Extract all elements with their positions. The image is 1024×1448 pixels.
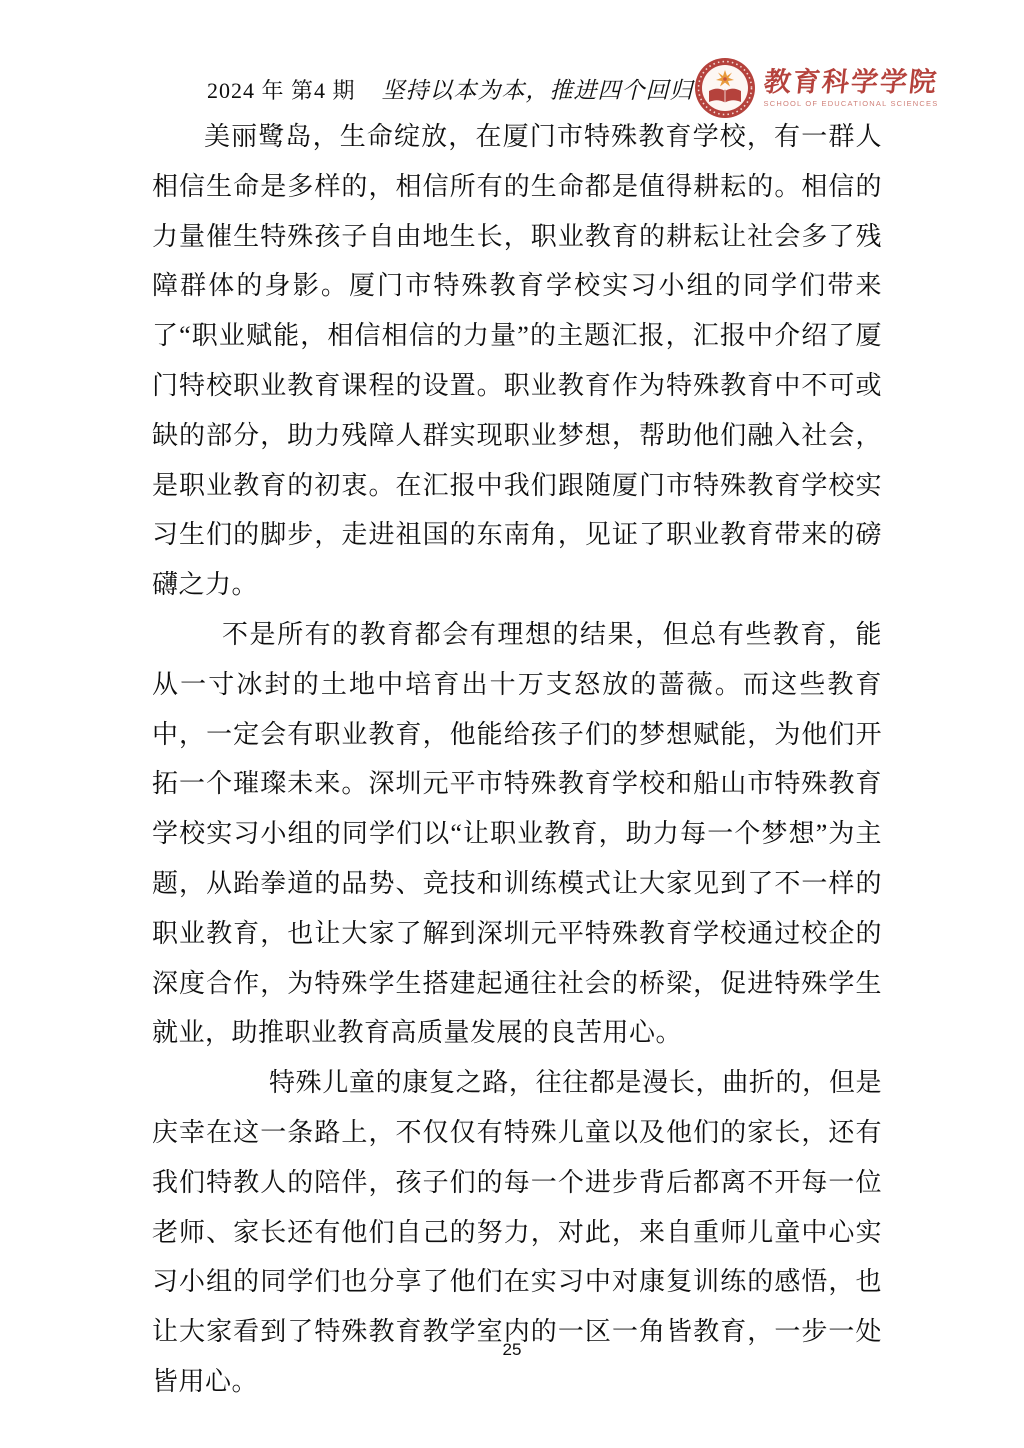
header-title-group: 2024 年 第4 期 坚持以本为本，推进四个回归 [207, 72, 694, 105]
paragraph-2: 不是所有的教育都会有理想的结果，但总有些教育，能从一寸冰封的土地中培育出十万支怒… [152, 610, 882, 1058]
school-name-cn: 教育科学学院 [762, 68, 940, 96]
page-footer: 25 [0, 1340, 1024, 1360]
article-body: 美丽鹭岛，生命绽放，在厦门市特殊教育学校，有一群人相信生命是多样的，相信所有的生… [152, 112, 882, 1407]
paragraph-1: 美丽鹭岛，生命绽放，在厦门市特殊教育学校，有一群人相信生命是多样的，相信所有的生… [152, 112, 882, 610]
issue-info: 2024 年 第4 期 [207, 74, 356, 105]
school-logo: 教育科学学院 SCHOOL OF EDUCATIONAL SCIENCES [694, 57, 939, 119]
header-motto: 坚持以本为本，推进四个回归 [382, 72, 694, 105]
school-name-en: SCHOOL OF EDUCATIONAL SCIENCES [764, 99, 939, 108]
school-seal-icon [694, 57, 756, 119]
school-name-block: 教育科学学院 SCHOOL OF EDUCATIONAL SCIENCES [764, 68, 939, 107]
page-number: 25 [503, 1340, 522, 1359]
document-page: 2024 年 第4 期 坚持以本为本，推进四个回归 [0, 0, 1024, 1448]
